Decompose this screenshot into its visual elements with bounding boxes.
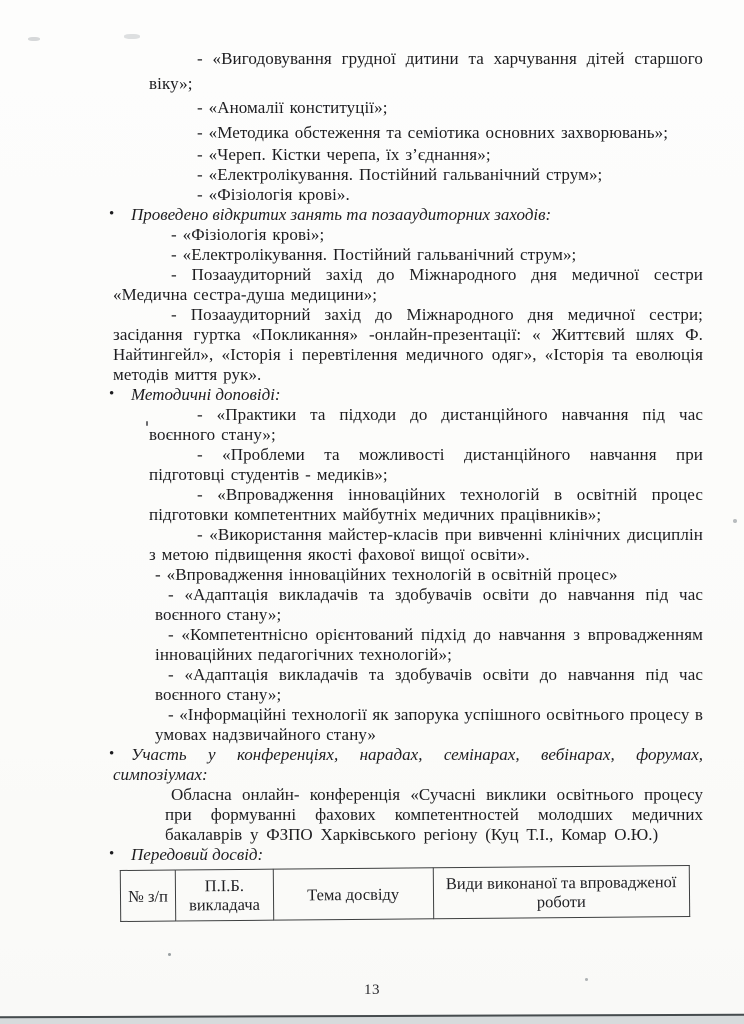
scanned-document-page: - «Вигодовування грудної дитини та харчу… (0, 0, 744, 1024)
section-open-events: •Проведено відкритих занять та позааудит… (113, 205, 703, 385)
document-content: - «Вигодовування грудної дитини та харчу… (113, 47, 703, 922)
list-item: - «Череп. Кістки черепа, їх з’єднання»; (149, 145, 703, 165)
table-header-number: № з/п (120, 870, 175, 921)
section-heading-text: Методичні доповіді: (131, 385, 281, 404)
list-item: - «Компетентнісно орієнтований підхід до… (155, 625, 703, 665)
scan-speck (585, 978, 588, 981)
list-item: - Позааудиторний захід до Міжнародного д… (113, 305, 703, 385)
list-item: - «Адаптація викладачів та здобувачів ос… (155, 585, 703, 625)
scan-edge-artifact (0, 1014, 744, 1024)
scan-smudge (124, 34, 140, 39)
scan-speck (146, 421, 148, 426)
section-heading-text: Участь у конференціях, нарадах, семінара… (113, 745, 703, 784)
section-method-reports: •Методичні доповіді: - «Практики та підх… (113, 385, 703, 745)
list-item: - «Електролікування. Постійний гальваніч… (149, 165, 703, 185)
bullet-icon: • (109, 844, 114, 864)
bullet-icon: • (109, 384, 114, 404)
list-item: - «Фізіологія крові»; (149, 225, 703, 245)
list-item: - «Адаптація викладачів та здобувачів ос… (155, 665, 703, 705)
list-item: - «Впровадження інноваційних технологій … (149, 485, 703, 525)
list-item: - Позааудиторний захід до Міжнародного д… (113, 265, 703, 305)
conference-paragraph: Обласна онлайн- конференція «Сучасні вик… (165, 785, 703, 845)
list-item: - «Впровадження інноваційних технологій … (149, 565, 703, 585)
table-header-work-types: Види виконаної та впровадженої роботи (433, 866, 690, 919)
section-conferences: •Участь у конференціях, нарадах, семінар… (113, 745, 703, 845)
table-header-teacher-name: П.І.Б. викладача (175, 869, 273, 921)
table-header-row: № з/п П.І.Б. викладача Тема досвіду Види… (120, 866, 689, 922)
bullet-icon: • (109, 744, 114, 764)
scan-speck (733, 519, 737, 523)
intro-list: - «Вигодовування грудної дитини та харчу… (113, 47, 703, 205)
page-number: 13 (0, 982, 744, 999)
table-header-topic: Тема досвіду (273, 868, 433, 920)
section-heading-text: Проведено відкритих занять та позааудито… (131, 205, 551, 224)
section-best-practice: •Передовий досвід: № з/п П.І.Б. викладач… (113, 845, 703, 922)
list-item: - «Фізіологія крові». (149, 185, 703, 205)
list-item: - «Практики та підходи до дистанційного … (149, 405, 703, 445)
list-item: - «Інформаційні технології як запорука у… (155, 705, 703, 745)
scan-speck (168, 953, 171, 956)
section-heading-text: Передовий досвід: (131, 845, 263, 864)
list-item: - «Аномалії конституції»; (149, 96, 703, 121)
list-item: - «Методика обстеження та семіотика осно… (149, 121, 703, 146)
experience-table: № з/п П.І.Б. викладача Тема досвіду Види… (120, 865, 690, 922)
list-item: - «Використання майстер-класів при вивче… (149, 525, 703, 565)
scan-smudge (28, 37, 40, 41)
section-heading: •Проведено відкритих занять та позааудит… (113, 205, 703, 225)
section-heading: •Участь у конференціях, нарадах, семінар… (113, 745, 703, 785)
section-heading: •Передовий досвід: (113, 845, 703, 865)
bullet-icon: • (109, 204, 114, 224)
list-item: - «Вигодовування грудної дитини та харчу… (149, 47, 703, 96)
list-item: - «Електролікування. Постійний гальваніч… (149, 245, 703, 265)
section-heading: •Методичні доповіді: (113, 385, 703, 405)
list-item: - «Проблеми та можливості дистанційного … (149, 445, 703, 485)
